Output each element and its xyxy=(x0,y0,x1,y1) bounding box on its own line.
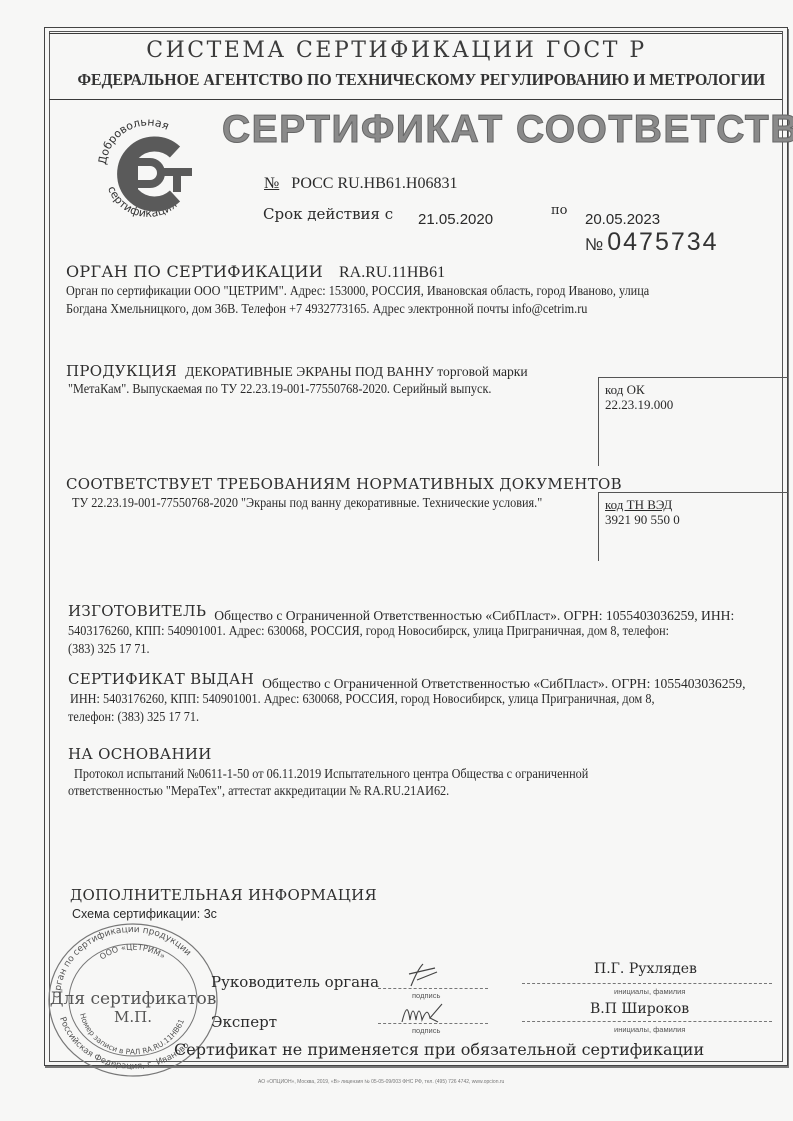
registration-number-value: РОСС RU.НВ61.Н06831 xyxy=(291,175,457,192)
additional-info-heading: ДОПОЛНИТЕЛЬНАЯ ИНФОРМАЦИЯ xyxy=(70,886,377,904)
product-line-1: ДЕКОРАТИВНЫЕ ЭКРАНЫ ПОД ВАННУ торговой м… xyxy=(185,364,528,379)
expert-signature-caption: подпись xyxy=(412,1026,440,1035)
blank-number: №0475734 xyxy=(585,228,719,257)
registration-number: № РОСС RU.НВ61.Н06831 xyxy=(264,175,457,193)
tnved-code-value: 3921 90 550 0 xyxy=(605,512,782,527)
okpd-code-value: 22.23.19.000 xyxy=(605,397,782,412)
basis-line-2: ответственностью "МераТех", аттестат акк… xyxy=(68,782,449,800)
certification-body-code: RA.RU.11НВ61 xyxy=(339,264,445,281)
compliance-line-1: ТУ 22.23.19-001-77550768-2020 "Экраны по… xyxy=(72,494,542,512)
certification-body-line-1: Орган по сертификации ООО "ЦЕТРИМ". Адре… xyxy=(66,282,649,300)
stamp-mp: М.П. xyxy=(114,1008,152,1026)
manufacturer-heading: ИЗГОТОВИТЕЛЬ xyxy=(68,602,206,620)
rosstest-logo-icon: Добровольная сертификация xyxy=(92,110,202,230)
manufacturer-line-3: (383) 325 17 71. xyxy=(68,640,150,658)
product-heading: ПРОДУКЦИЯ xyxy=(66,362,177,380)
tnved-code-box: код ТН ВЭД 3921 90 550 0 xyxy=(598,492,788,561)
expert-name-line xyxy=(522,1021,772,1022)
valid-from-date: 21.05.2020 xyxy=(418,211,493,228)
certification-body-heading-row: ОРГАН ПО СЕРТИФИКАЦИИ RA.RU.11НВ61 xyxy=(66,262,445,282)
number-symbol: № xyxy=(264,175,279,192)
issued-to-line-3: телефон: (383) 325 17 71. xyxy=(68,708,199,726)
compliance-heading: СООТВЕТСТВУЕТ ТРЕБОВАНИЯМ НОРМАТИВНЫХ ДО… xyxy=(66,475,622,493)
issued-to-heading: СЕРТИФИКАТ ВЫДАН xyxy=(68,670,254,688)
head-signature-caption: подпись xyxy=(412,991,440,1000)
basis-heading: НА ОСНОВАНИИ xyxy=(68,745,212,763)
printer-imprint: АО «ОПЦИОН», Москва, 2019, «В» лицензия … xyxy=(258,1079,504,1085)
svg-text:Орган по сертификации продукци: Орган по сертификации продукции xyxy=(53,925,193,998)
product-heading-row: ПРОДУКЦИЯ ДЕКОРАТИВНЫЕ ЭКРАНЫ ПОД ВАННУ … xyxy=(66,362,528,381)
head-signature-icon xyxy=(405,962,445,990)
certification-body-line-2: Богдана Хмельницкого, дом 36В. Телефон +… xyxy=(66,300,587,318)
head-of-body-label: Руководитель органа xyxy=(211,973,379,991)
stamp-outer-top: Орган по сертификации продукции xyxy=(53,925,193,998)
valid-to-label: по xyxy=(551,203,568,218)
basis-line-1: Протокол испытаний №0611-1-50 от 06.11.2… xyxy=(74,765,588,783)
manufacturer-line-1: Общество с Ограниченной Ответственностью… xyxy=(214,608,734,623)
product-line-2: "МетаКам". Выпускаемая по ТУ 22.23.19-00… xyxy=(68,380,491,398)
stamp-center: Для сертификатов xyxy=(50,989,217,1009)
footer-note: Сертификат не применяется при обязательн… xyxy=(174,1040,704,1059)
manufacturer-heading-row: ИЗГОТОВИТЕЛЬ Общество с Ограниченной Отв… xyxy=(68,602,734,621)
okpd-code-box: код ОК 22.23.19.000 xyxy=(598,377,788,466)
head-of-body-name: П.Г. Рухлядев xyxy=(594,961,697,977)
blank-number-value: 0475734 xyxy=(607,228,718,256)
issued-to-heading-row: СЕРТИФИКАТ ВЫДАН Общество с Ограниченной… xyxy=(68,670,746,689)
certification-body-heading: ОРГАН ПО СЕРТИФИКАЦИИ xyxy=(66,262,323,281)
tnved-code-label: код ТН ВЭД xyxy=(605,497,782,512)
blank-number-symbol: № xyxy=(585,235,603,254)
stamp-org: ООО «ЦЕТРИМ» xyxy=(98,943,167,962)
issued-to-line-1: Общество с Ограниченной Ответственностью… xyxy=(262,676,745,691)
certificate-title: СЕРТИФИКАТ СООТВЕТСТВИЯ xyxy=(222,108,793,152)
okpd-code-label: код ОК xyxy=(605,382,782,397)
issued-to-line-2: ИНН: 5403176260, КПП: 540901001. Адрес: … xyxy=(70,690,655,708)
head-name-caption: инициалы, фамилия xyxy=(614,987,685,996)
expert-label: Эксперт xyxy=(211,1013,277,1031)
expert-name-caption: инициалы, фамилия xyxy=(614,1025,685,1034)
header-bottom-rule xyxy=(49,99,782,100)
manufacturer-line-2: 5403176260, КПП: 540901001. Адрес: 63006… xyxy=(68,622,669,640)
head-name-line xyxy=(522,983,772,984)
expert-signature-icon xyxy=(398,1000,458,1026)
system-title: СИСТЕМА СЕРТИФИКАЦИИ ГОСТ Р xyxy=(0,38,793,63)
header-top-rule xyxy=(49,33,782,34)
expert-name: В.П Широков xyxy=(590,1001,689,1017)
valid-to-date: 20.05.2023 xyxy=(585,211,660,228)
validity-label: Срок действия с xyxy=(263,205,393,223)
svg-text:ООО «ЦЕТРИМ»: ООО «ЦЕТРИМ» xyxy=(98,943,167,962)
agency-title: ФЕДЕРАЛЬНОЕ АГЕНТСТВО ПО ТЕХНИЧЕСКОМУ РЕ… xyxy=(77,70,754,90)
